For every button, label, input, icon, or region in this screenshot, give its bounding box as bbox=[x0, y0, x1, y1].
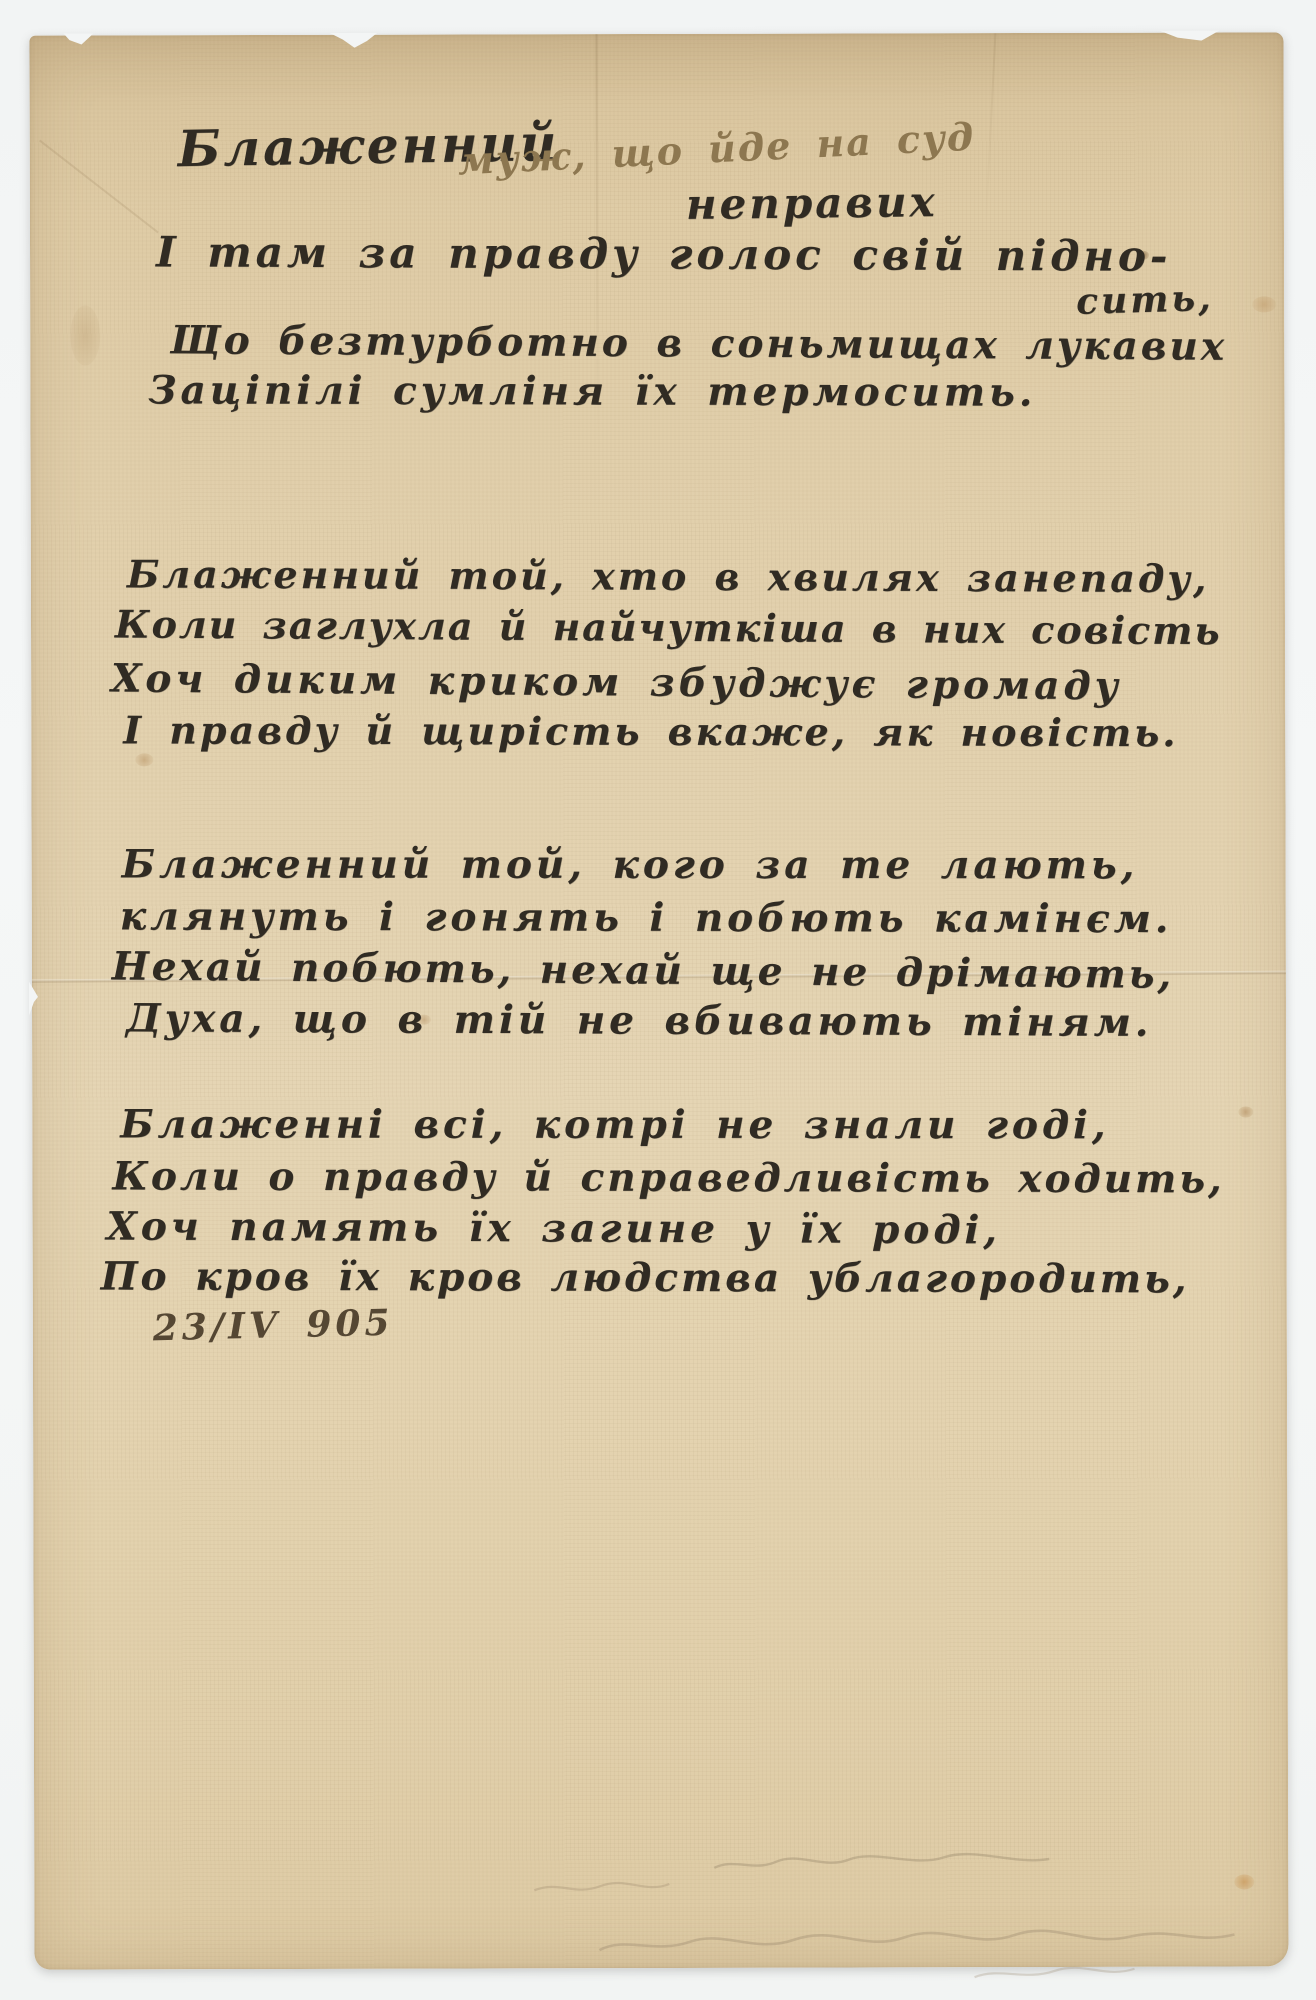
manuscript-paper: Блаженний муж, що йде на суд неправих І … bbox=[29, 32, 1288, 1969]
torn-edge-notch bbox=[1159, 31, 1219, 41]
left-edge-nick bbox=[29, 982, 38, 1016]
scanner-background: Блаженний муж, що йде на суд неправих І … bbox=[0, 0, 1316, 2000]
date-line: 23/IV 905 bbox=[152, 1302, 394, 1350]
poem-line: І правду й щирість вкаже, як новість. bbox=[123, 707, 1178, 755]
poem-line: Блаженні всі, котрі не знали годі, bbox=[120, 1101, 1109, 1148]
poem-line: Коли заглухла й найчуткіша в них совість bbox=[115, 601, 1222, 653]
torn-edge-notch bbox=[63, 33, 93, 44]
poem-line: Що безтурботно в соньмищах лукавих bbox=[170, 317, 1227, 369]
vertical-crease bbox=[985, 33, 996, 223]
poem-line: Заціпілі сумліня їх термосить. bbox=[148, 367, 1036, 415]
poem-line: І там за правду голос свій підно- bbox=[156, 227, 1172, 280]
foxing-stain bbox=[135, 753, 153, 766]
poem-line: клянуть і гонять і побють камінєм. bbox=[120, 893, 1173, 942]
poem-line: Хоч диким криком збуджує громаду bbox=[111, 655, 1122, 709]
poem-line: сить, bbox=[1076, 277, 1215, 323]
poem-line: Коли о правду й справедливість ходить, bbox=[112, 1153, 1224, 1202]
poem-line: Блаженний той, хто в хвилях занепаду, bbox=[127, 551, 1210, 601]
faint-pencil-marks bbox=[504, 1848, 1264, 2000]
foxing-stain bbox=[1238, 1106, 1253, 1117]
poem-line: неправих bbox=[686, 177, 938, 229]
poem-line: Хоч память їх загине у їх роді, bbox=[106, 1203, 1001, 1253]
foxing-stain bbox=[70, 305, 100, 365]
poem-line: Блаженний той, кого за те лають, bbox=[122, 841, 1139, 888]
corner-crease bbox=[39, 140, 159, 234]
poem-line: Духа, що в тій не вбивають тіням. bbox=[126, 995, 1153, 1045]
poem-line: По кров їх кров людства ублагородить, bbox=[101, 1253, 1190, 1302]
foxing-stain bbox=[1252, 296, 1276, 312]
poem-line: Нехай побють, нехай ще не дрімають, bbox=[112, 943, 1175, 997]
torn-edge-notch bbox=[329, 33, 377, 48]
